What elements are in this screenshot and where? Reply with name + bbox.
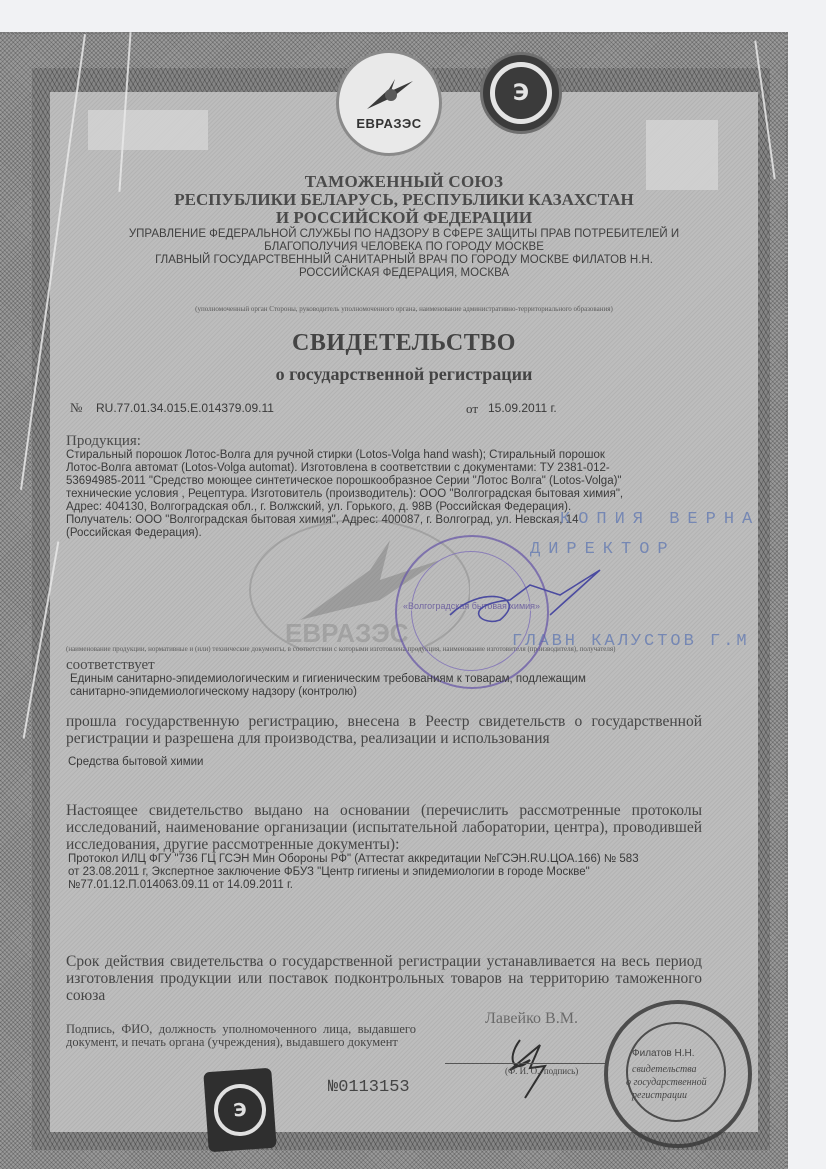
certificate-date: 15.09.2011 г. bbox=[488, 401, 557, 415]
authority-line-2: БЛАГОПОЛУЧИЯ ЧЕЛОВЕКА ПО ГОРОДУ МОСКВЕ bbox=[50, 241, 758, 254]
signature-instructions: Подпись, ФИО, должность уполномоченного … bbox=[66, 1023, 416, 1049]
product-line: технические условия , Рецептура. Изготов… bbox=[66, 488, 623, 501]
official-seal: Филатов Н.Н. свидетельства о государстве… bbox=[604, 1000, 752, 1148]
director-stamp: ДИРЕКТОР bbox=[530, 540, 676, 559]
product-label: Продукция: bbox=[66, 433, 141, 450]
signature-caption: (Ф. И. О., подпись) bbox=[505, 1066, 578, 1076]
blank-area bbox=[88, 110, 208, 150]
republics-line-1: РЕСПУБЛИКИ БЕЛАРУСЬ, РЕСПУБЛИКИ КАЗАХСТА… bbox=[50, 190, 758, 210]
conformity-line: санитарно-эпидемиологическому надзору (к… bbox=[70, 686, 586, 699]
basis-line: №77.01.12.П.014063.09.11 от 14.09.2011 г… bbox=[68, 879, 639, 892]
product-line: Лотос-Волга автомат (Lotos-Volga automat… bbox=[66, 462, 623, 475]
registration-text: прошла государственную регистрацию, внес… bbox=[66, 713, 702, 747]
certificate-title: СВИДЕТЕЛЬСТВО bbox=[50, 330, 758, 357]
certificate-subtitle: о государственной регистрации bbox=[50, 364, 758, 385]
certificate-number: RU.77.01.34.015.Е.014379.09.11 bbox=[96, 401, 274, 415]
seal-line: Филатов Н.Н. bbox=[632, 1048, 695, 1059]
validity-text: Срок действия свидетельства о государств… bbox=[66, 953, 702, 1004]
customs-union-title: ТАМОЖЕННЫЙ СОЮЗ bbox=[50, 172, 758, 192]
eac-logo: Э bbox=[480, 52, 562, 134]
evrazes-bird-icon bbox=[365, 75, 415, 111]
product-description: Стиральный порошок Лотос-Волга для ручно… bbox=[66, 449, 623, 540]
form-serial-number: №0113153 bbox=[328, 1078, 410, 1097]
basis-text: Настоящее свидетельство выдано на основа… bbox=[66, 802, 702, 853]
conformity-label: соответствует bbox=[66, 657, 155, 674]
usage-area: Средства бытовой химии bbox=[68, 756, 203, 768]
seal-line: регистрации bbox=[632, 1090, 687, 1101]
conformity-requirements: Единым санитарно-эпидемиологическим и ги… bbox=[70, 673, 586, 699]
evrazes-logo-text: ЕВРАЗЭС bbox=[356, 116, 421, 131]
conformity-line: Единым санитарно-эпидемиологическим и ги… bbox=[70, 673, 586, 686]
eac-hologram-sticker: Э bbox=[203, 1068, 276, 1153]
authority-caption: (уполномоченный орган Стороны, руководит… bbox=[50, 305, 758, 313]
authority-line-4: РОССИЙСКАЯ ФЕДЕРАЦИЯ, МОСКВА bbox=[50, 267, 758, 280]
authority-line-1: УПРАВЛЕНИЕ ФЕДЕРАЛЬНОЙ СЛУЖБЫ ПО НАДЗОРУ… bbox=[50, 228, 758, 241]
basis-line: Протокол ИЛЦ ФГУ "736 ГЦ ГСЭН Мин Оборон… bbox=[68, 853, 639, 866]
copy-true-stamp: КОПИЯ ВЕРНА bbox=[560, 510, 760, 529]
seal-line: свидетельства bbox=[632, 1064, 697, 1075]
eac-mark-icon: Э bbox=[490, 62, 552, 124]
product-line: (Российская Федерация). bbox=[66, 527, 623, 540]
number-label: № bbox=[70, 400, 82, 416]
basis-line: от 23.08.2011 г, Экспертное заключение Ф… bbox=[68, 866, 639, 879]
director-signature-icon bbox=[440, 565, 610, 635]
product-line: Получатель: ООО "Волгоградская бытовая х… bbox=[66, 514, 623, 527]
product-line: 53694985-2011 "Средство моющее синтетиче… bbox=[66, 475, 623, 488]
authority-line-3: ГЛАВНЫЙ ГОСУДАРСТВЕННЫЙ САНИТАРНЫЙ ВРАЧ … bbox=[50, 254, 758, 267]
seal-line: о государственной bbox=[626, 1077, 707, 1088]
date-label: от bbox=[466, 401, 478, 417]
signature-icon bbox=[500, 1030, 560, 1100]
basis-documents: Протокол ИЛЦ ФГУ "736 ГЦ ГСЭН Мин Оборон… bbox=[68, 853, 639, 892]
product-line: Адрес: 404130, Волгоградская обл., г. Во… bbox=[66, 501, 623, 514]
svg-text:ЕВРАЗЭС: ЕВРАЗЭС bbox=[285, 618, 409, 648]
signer-name-stamp: Лавейко В.М. bbox=[485, 1010, 578, 1028]
eac-mark-icon: Э bbox=[212, 1082, 268, 1138]
product-line: Стиральный порошок Лотос-Волга для ручно… bbox=[66, 449, 623, 462]
evrazes-logo: ЕВРАЗЭС bbox=[336, 50, 442, 156]
republics-line-2: И РОССИЙСКОЙ ФЕДЕРАЦИИ bbox=[50, 208, 758, 228]
signature-line bbox=[445, 1063, 605, 1064]
